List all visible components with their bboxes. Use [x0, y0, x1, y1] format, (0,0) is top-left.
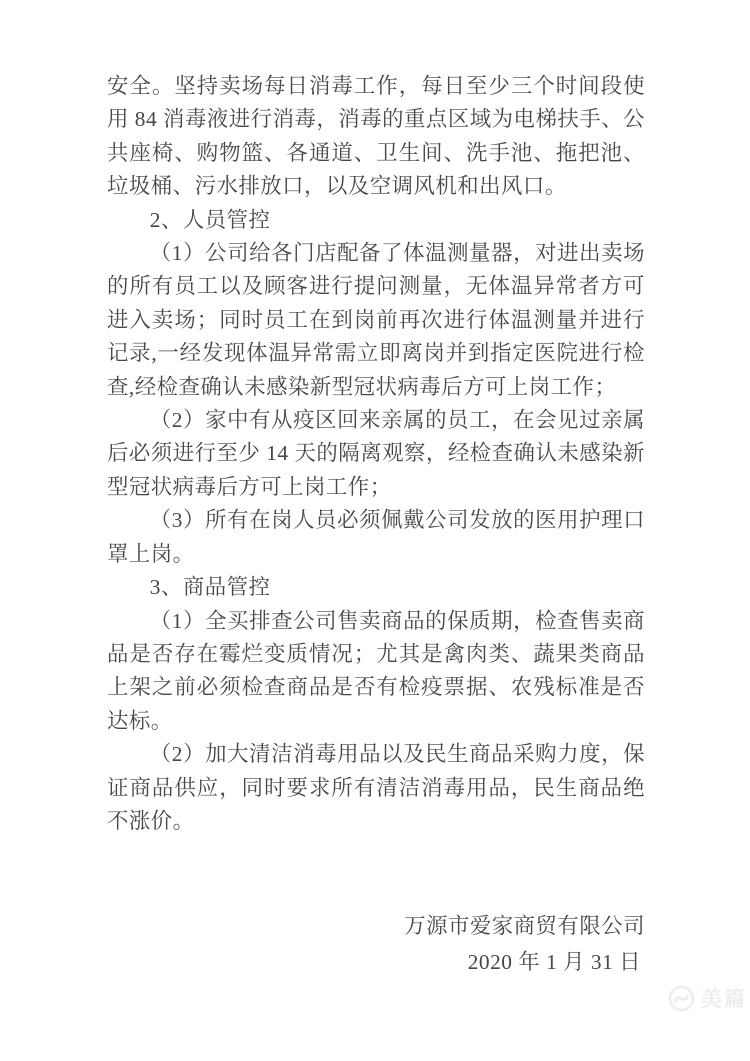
- meipian-watermark: 美篇: [668, 983, 747, 1013]
- signature-company: 万源市爱家商贸有限公司: [107, 908, 645, 944]
- body-paragraph-shelf-life: （1）全买排查公司售卖商品的保质期，检查售卖商品是否存在霉烂变质情况；尤其是禽肉…: [107, 605, 645, 739]
- body-paragraph-disinfection: 安全。坚持卖场每日消毒工作，每日至少三个时间段使用 84 消毒液进行消毒，消毒的…: [107, 70, 645, 204]
- signature-date: 2020 年 1 月 31 日: [107, 944, 645, 980]
- section-heading-personnel-control: 2、人员管控: [107, 204, 645, 237]
- body-paragraph-supply-price: （2）加大清洁消毒用品以及民生商品采购力度，保证商品供应，同时要求所有清洁消毒用…: [107, 738, 645, 838]
- body-paragraph-masks: （3）所有在岗人员必须佩戴公司发放的医用护理口罩上岗。: [107, 504, 645, 571]
- watermark-label: 美篇: [701, 983, 747, 1013]
- meipian-logo-icon: [668, 985, 695, 1012]
- body-paragraph-quarantine: （2）家中有从疫区回来亲属的员工，在会见过亲属后必须进行至少 14 天的隔离观察…: [107, 404, 645, 504]
- document-page: 安全。坚持卖场每日消毒工作，每日至少三个时间段使用 84 消毒液进行消毒，消毒的…: [107, 70, 645, 980]
- section-heading-goods-control: 3、商品管控: [107, 571, 645, 604]
- signature-block: 万源市爱家商贸有限公司 2020 年 1 月 31 日: [107, 908, 645, 980]
- body-paragraph-temperature-check: （1）公司给各门店配备了体温测量器，对进出卖场的所有员工以及顾客进行提问测量，无…: [107, 237, 645, 404]
